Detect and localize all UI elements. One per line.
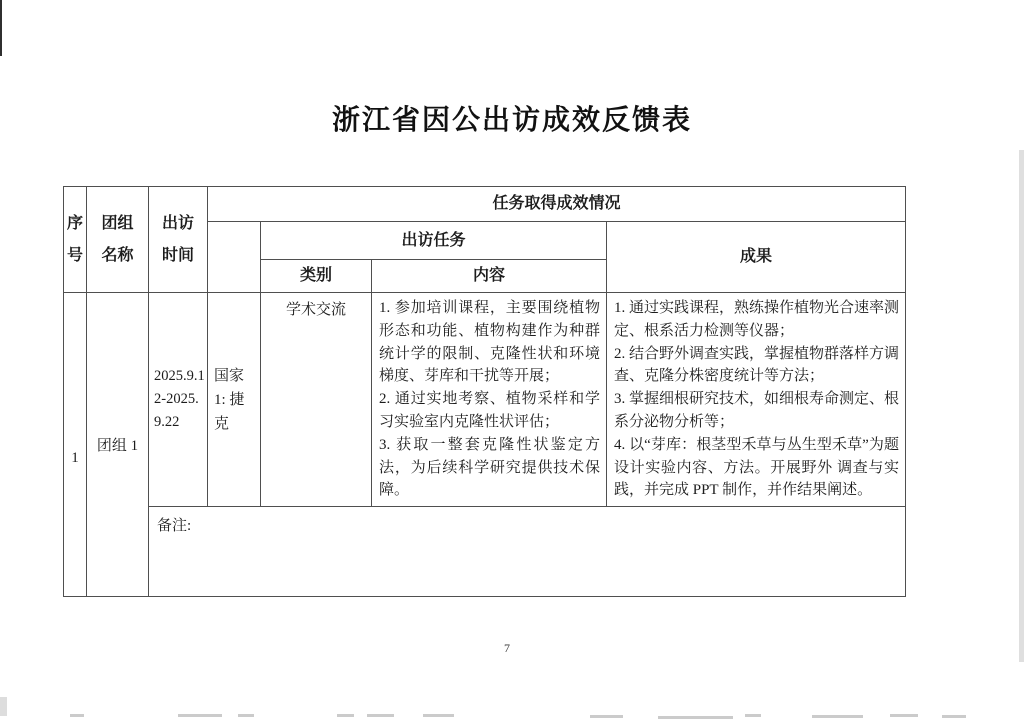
col-header-content: 内容 — [372, 260, 607, 293]
scan-artifact-smudge — [178, 714, 222, 717]
scan-artifact-right-band — [1019, 150, 1024, 662]
col-header-seq: 序 号 — [64, 187, 87, 293]
cell-remark: 备注: — [149, 507, 906, 597]
scan-artifact-left-edge — [0, 0, 2, 56]
scan-artifact-smudge — [745, 714, 761, 717]
cell-seq: 1 — [64, 293, 87, 597]
cell-result: 1. 通过实践课程，熟练操作植物光合速率测定、根系活力检测等仪器； 2. 结合野… — [607, 293, 906, 507]
cell-category: 学术交流 — [261, 293, 372, 507]
feedback-table: 序 号 团组 名称 出访 时间 任务取得成效情况 出访任务 成果 类别 内容 1… — [63, 186, 906, 597]
scan-artifact-smudge — [890, 714, 918, 717]
scan-artifact-smudge — [590, 715, 623, 718]
scan-artifact-smudge — [367, 714, 394, 717]
scan-artifact-smudge — [423, 714, 454, 717]
col-header-effect: 任务取得成效情况 — [208, 187, 906, 222]
cell-group-name: 团组 1 — [87, 293, 149, 597]
cell-visit-time: 2025.9.12-2025.9.22 — [149, 293, 208, 507]
header-country-blank-cell — [208, 222, 261, 293]
page-title: 浙江省因公出访成效反馈表 — [0, 98, 1024, 138]
scan-artifact-smudge — [337, 714, 354, 717]
col-header-result: 成果 — [607, 222, 906, 293]
col-header-task: 出访任务 — [261, 222, 607, 260]
cell-content: 1. 参加培训课程，主要围绕植物形态和功能、植物构建作为种群统计学的限制、克隆性… — [372, 293, 607, 507]
document-page: 浙江省因公出访成效反馈表 序 号 团组 名称 出访 时间 任务取得成效情况 出访… — [0, 0, 1024, 719]
page-number: 7 — [0, 641, 1014, 656]
col-header-visit-time: 出访 时间 — [149, 187, 208, 293]
col-header-category: 类别 — [261, 260, 372, 293]
header-row-1: 序 号 团组 名称 出访 时间 任务取得成效情况 — [64, 187, 906, 222]
scan-artifact-smudge — [70, 714, 84, 717]
col-header-group-name: 团组 名称 — [87, 187, 149, 293]
remark-row: 备注: — [64, 507, 906, 597]
scan-artifact-smudge — [942, 715, 966, 718]
scan-artifact-smudge — [812, 715, 863, 718]
table-row: 1 团组 1 2025.9.12-2025.9.22 国家 1: 捷克 学术交流… — [64, 293, 906, 507]
cell-country: 国家 1: 捷克 — [208, 293, 261, 507]
scan-artifact-bottom-left — [0, 697, 7, 716]
scan-artifact-smudge — [238, 714, 254, 717]
